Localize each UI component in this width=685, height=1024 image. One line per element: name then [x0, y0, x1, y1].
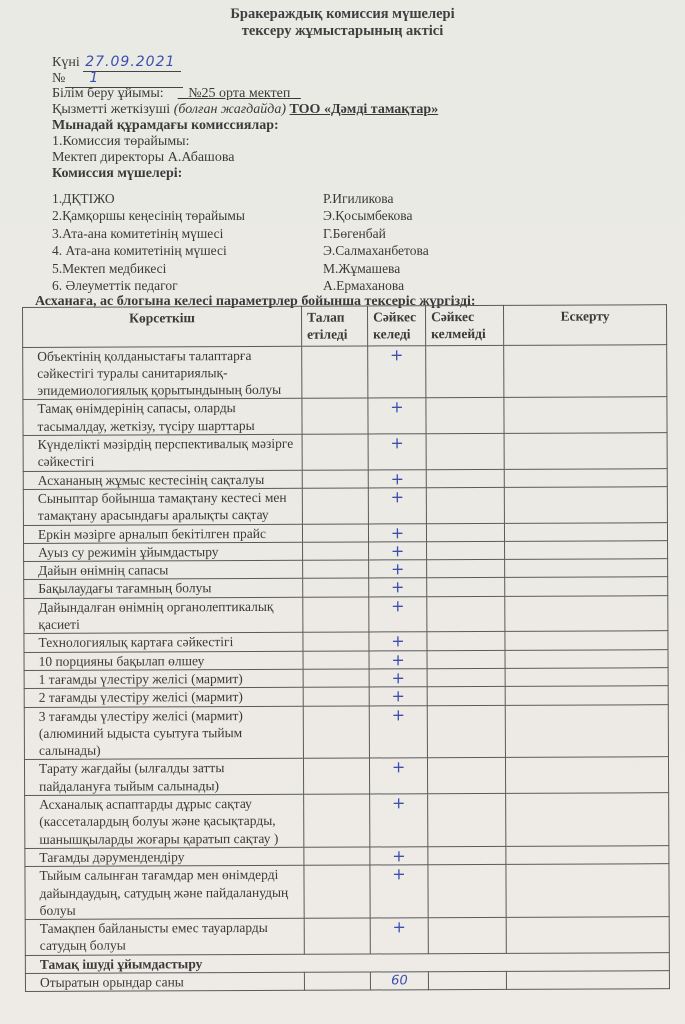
commission-heading: Мынадай құрамдағы комиссиялар: — [52, 118, 438, 134]
date-row: Күні 27.09.2021 — [52, 54, 438, 70]
note-cell — [505, 631, 668, 650]
note-cell — [505, 668, 668, 687]
note-cell — [506, 846, 669, 865]
required-cell — [303, 758, 369, 794]
compliant-cell: 60 — [370, 972, 428, 991]
indicator-cell: Күнделікті мәзірдің перспективалық мәзір… — [23, 434, 302, 471]
table-row: Сыныптар бойынша тамақтану кестесі мен т… — [23, 487, 667, 525]
indicator-cell: Еркін мәзірге арналып бекітілген прайс — [23, 524, 302, 544]
column-header-required: Талап етіледі — [301, 306, 367, 346]
noncompliant-cell — [427, 758, 505, 794]
noncompliant-cell — [428, 917, 506, 953]
noncompliant-cell — [428, 846, 506, 865]
member-name: Г.Бөгенбай — [323, 225, 386, 242]
required-cell — [303, 560, 369, 579]
table-row: Отыратын орындар саны60 — [25, 971, 669, 992]
noncompliant-cell — [426, 433, 504, 469]
indicator-cell: Сыныптар бойынша тамақтану кестесі мен т… — [23, 488, 302, 525]
chair-line: Мектеп директоры А.Абашова — [52, 150, 438, 166]
compliant-cell: + — [370, 847, 428, 866]
act-metadata: Күні 27.09.2021 №1 Білім беру ұйымы: №25… — [52, 54, 438, 182]
table-row: Объектінің қолданыстағы талаптарға сәйке… — [23, 344, 667, 400]
noncompliant-cell — [426, 469, 504, 488]
compliant-cell: + — [369, 596, 427, 632]
required-cell — [303, 578, 369, 597]
noncompliant-cell — [427, 541, 505, 560]
supplier-row: Қызметті жеткізуші (болған жағдайда) ТОО… — [52, 102, 438, 118]
note-cell — [505, 704, 668, 758]
note-cell — [505, 757, 668, 793]
member-row: 3.Ата-ана комитетінің мүшесіГ.Бөгенбай — [52, 225, 245, 242]
noncompliant-cell — [427, 560, 505, 579]
supplier-value: ТОО «Дәмді тамақтар» — [290, 102, 439, 117]
members-heading: Комиссия мүшелері: — [52, 166, 438, 182]
member-name: М.Жұмашева — [323, 260, 400, 277]
supplier-label: Қызметті жеткізуші — [52, 102, 170, 117]
required-cell — [302, 488, 368, 524]
title-line-1: Бракераждық комиссия мүшелері — [0, 6, 685, 23]
indicator-cell: Тамақ өнімдерінің сапасы, оларды тасымал… — [23, 399, 302, 436]
member-name: Э.Салмаханбетова — [323, 242, 429, 259]
indicator-cell: 3 тағамды үлестіру желісі (мармит) (алюм… — [24, 706, 303, 760]
compliant-cell: + — [369, 687, 427, 706]
required-cell — [303, 632, 369, 651]
required-cell — [302, 398, 368, 434]
compliant-cell: + — [368, 523, 426, 542]
compliant-cell: + — [370, 865, 428, 918]
required-cell — [304, 918, 370, 954]
date-label: Күні — [52, 55, 80, 70]
inspection-table: Көрсеткіш Талап етіледі Сәйкес келеді Сә… — [22, 304, 670, 992]
note-cell — [506, 864, 669, 918]
compliant-cell: + — [369, 705, 427, 758]
compliant-cell: + — [368, 469, 426, 488]
required-cell — [303, 651, 369, 670]
compliant-cell: + — [368, 398, 426, 434]
table-row: Тамақпен байланысты емес тауарларды сату… — [25, 917, 669, 955]
note-cell — [505, 541, 668, 560]
indicator-cell: 10 порцияны бақылап өлшеу — [24, 651, 303, 671]
title-line-2: тексеру жұмыстарының актісі — [0, 23, 685, 40]
organization-row: Білім беру ұйымы: №25 орта мектеп — [52, 86, 438, 102]
table-row: Тамақ өнімдерінің сапасы, оларды тасымал… — [23, 397, 667, 435]
column-header-compliant: Сәйкес келеді — [367, 306, 425, 346]
indicator-cell: Дайындалған өнімнің органолептикалық қас… — [24, 597, 303, 634]
required-cell — [302, 524, 368, 543]
column-header-noncompliant: Сәйкес келмейді — [425, 305, 503, 345]
noncompliant-cell — [428, 971, 506, 990]
member-row: 5.Мектеп медбикесіМ.Жұмашева — [52, 260, 245, 277]
number-label: № — [52, 71, 65, 86]
table-header-row: Көрсеткіш Талап етіледі Сәйкес келеді Сә… — [23, 305, 667, 347]
note-cell — [506, 917, 669, 953]
noncompliant-cell — [427, 632, 505, 651]
required-cell — [303, 706, 369, 759]
note-cell — [505, 559, 668, 578]
member-row: 6. Әлеуметтік педагогА.Ермаханова — [52, 277, 245, 294]
chair-label: 1.Комиссия төрайымы: — [52, 134, 438, 150]
compliant-cell: + — [369, 542, 427, 561]
indicator-cell: Отыратын орындар саны — [25, 972, 304, 992]
required-cell — [304, 865, 370, 918]
noncompliant-cell — [428, 793, 506, 846]
indicator-cell: Тарату жағдайы (ылғалды затты пайдалануғ… — [24, 759, 303, 796]
member-name: Р.Игиликова — [323, 190, 393, 207]
table-row: Тарату жағдайы (ылғалды затты пайдалануғ… — [24, 757, 668, 795]
member-role: 3.Ата-ана комитетінің мүшесі — [52, 226, 223, 241]
indicator-cell: 2 тағамды үлестіру желісі (мармит) — [24, 688, 303, 708]
noncompliant-cell — [427, 687, 505, 706]
member-role: 2.Қамқоршы кеңесінің төрайымы — [52, 208, 245, 223]
members-list: 1.ДҚТІЖОР.Игиликова 2.Қамқоршы кеңесінің… — [52, 190, 245, 294]
compliant-cell: + — [369, 560, 427, 579]
date-value: 27.09.2021 — [85, 54, 175, 70]
noncompliant-cell — [426, 398, 504, 434]
indicator-cell: Бақылаудағы тағамның болуы — [24, 579, 303, 599]
member-row: 1.ДҚТІЖОР.Игиликова — [52, 190, 245, 207]
indicator-cell: Дайын өнімнің сапасы — [24, 560, 303, 580]
table-row: Күнделікті мәзірдің перспективалық мәзір… — [23, 433, 667, 471]
required-cell — [304, 794, 370, 847]
indicator-cell: Тамақпен байланысты емес тауарларды сату… — [25, 918, 304, 955]
compliant-cell: + — [369, 650, 427, 669]
noncompliant-cell — [427, 578, 505, 597]
required-cell — [303, 597, 369, 633]
compliant-cell: + — [369, 632, 427, 651]
column-header-indicator: Көрсеткіш — [23, 306, 302, 347]
table-row: Дайындалған өнімнің органолептикалық қас… — [24, 595, 668, 633]
note-cell — [505, 686, 668, 705]
compliant-cell: + — [369, 758, 427, 794]
note-cell — [506, 971, 669, 990]
supplier-note: (болған жағдайда) — [174, 102, 286, 117]
indicator-cell: Асхананың жұмыс кестесінің сақталуы — [23, 470, 302, 490]
member-name: А.Ермаханова — [323, 277, 404, 294]
compliant-cell: + — [368, 488, 426, 524]
compliant-cell: + — [369, 669, 427, 688]
indicator-cell: Тыйым салынған тағамдар мен өнімдерді да… — [25, 865, 304, 919]
indicator-cell: Ауыз су режимін ұйымдастыру — [24, 542, 303, 562]
note-cell — [504, 433, 667, 469]
member-role: 5.Мектеп медбикесі — [52, 261, 166, 276]
indicator-cell: Тағамды дәрумендендіру — [25, 847, 304, 867]
required-cell — [302, 470, 368, 489]
compliant-cell: + — [369, 578, 427, 597]
table-body: Объектінің қолданыстағы талаптарға сәйке… — [23, 344, 670, 991]
indicator-cell: Технологиялық картаға сәйкестігі — [24, 633, 303, 653]
compliant-cell: + — [370, 918, 428, 954]
note-cell — [504, 522, 667, 541]
note-cell — [504, 468, 667, 487]
required-cell — [303, 687, 369, 706]
noncompliant-cell — [426, 345, 504, 398]
member-row: 4. Ата-ана комитетінің мүшесіЭ.Салмаханб… — [52, 242, 245, 259]
number-row: №1 — [52, 70, 438, 86]
noncompliant-cell — [427, 705, 505, 758]
required-cell — [304, 847, 370, 866]
compliant-cell: + — [370, 794, 428, 847]
note-cell — [504, 397, 667, 433]
column-header-note: Ескерту — [503, 305, 666, 345]
table-row: Тыйым салынған тағамдар мен өнімдерді да… — [25, 864, 669, 920]
note-cell — [506, 793, 669, 847]
noncompliant-cell — [427, 650, 505, 669]
required-cell — [302, 346, 368, 399]
note-cell — [505, 649, 668, 668]
compliant-cell: + — [368, 434, 426, 470]
table-row: 3 тағамды үлестіру желісі (мармит) (алюм… — [24, 704, 668, 760]
indicator-cell: Асханалық аспаптарды дұрыс сақтау (кассе… — [25, 794, 304, 848]
indicator-cell: 1 тағамды үлестіру желісі (мармит) — [24, 669, 303, 689]
required-cell — [303, 542, 369, 561]
member-role: 6. Әлеуметтік педагог — [52, 278, 178, 293]
member-name: Э.Қосымбекова — [323, 207, 412, 224]
required-cell — [303, 669, 369, 688]
member-role: 4. Ата-ана комитетінің мүшесі — [52, 243, 227, 258]
member-row: 2.Қамқоршы кеңесінің төрайымыЭ.Қосымбеко… — [52, 207, 245, 224]
table-row: Асханалық аспаптарды дұрыс сақтау (кассе… — [25, 793, 669, 849]
member-role: 1.ДҚТІЖО — [52, 191, 115, 206]
noncompliant-cell — [426, 523, 504, 542]
noncompliant-cell — [428, 865, 506, 918]
note-cell — [505, 595, 668, 631]
document-title: Бракераждық комиссия мүшелері тексеру жұ… — [0, 6, 685, 40]
note-cell — [504, 487, 667, 523]
note-cell — [504, 344, 667, 398]
number-value: 1 — [89, 70, 99, 86]
noncompliant-cell — [426, 487, 504, 523]
noncompliant-cell — [427, 668, 505, 687]
organization-value: №25 орта мектеп — [178, 86, 301, 101]
required-cell — [304, 972, 370, 991]
note-cell — [505, 577, 668, 596]
noncompliant-cell — [427, 596, 505, 632]
organization-label: Білім беру ұйымы: — [52, 86, 164, 101]
indicator-cell: Объектінің қолданыстағы талаптарға сәйке… — [23, 346, 302, 400]
required-cell — [302, 434, 368, 470]
compliant-cell: + — [368, 345, 426, 398]
